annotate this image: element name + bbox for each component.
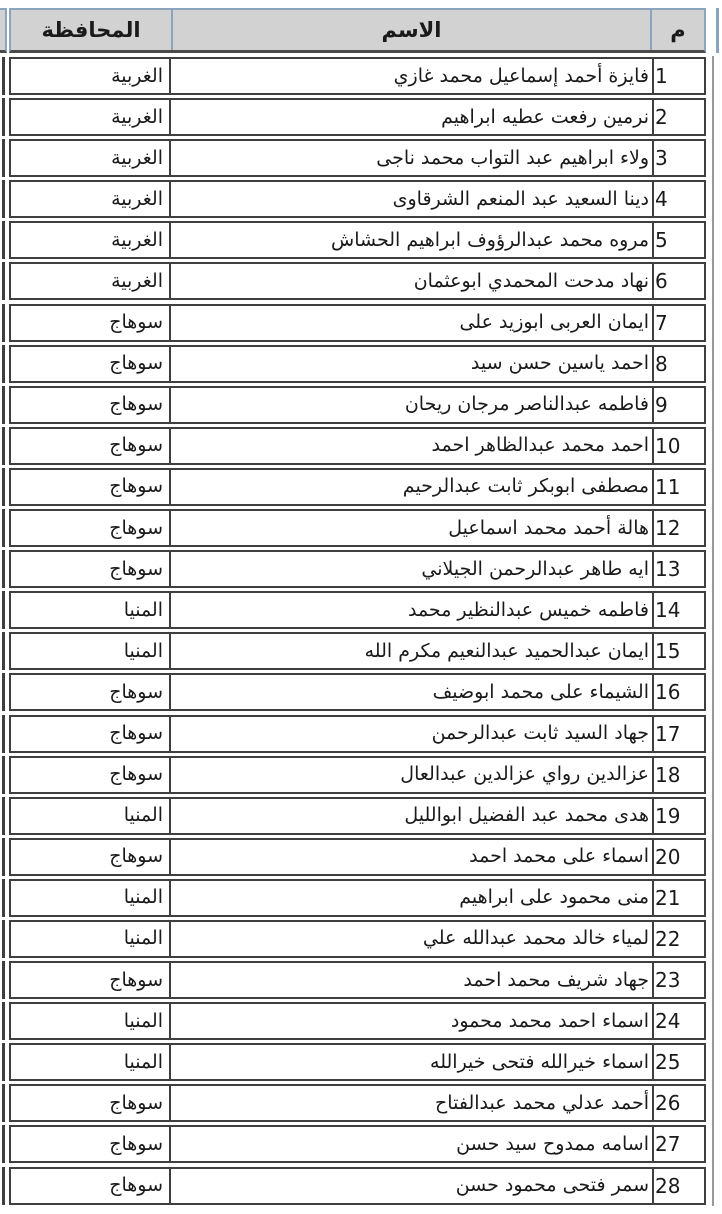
cropped-rows-edge-right — [712, 56, 714, 1206]
row-number-cell: 16 — [652, 675, 704, 709]
table-row: 3 ولاء ابراهيم عبد التواب محمد ناجى الغر… — [9, 139, 706, 177]
row-number-cell: 8 — [652, 347, 704, 381]
table-row: 5 مروه محمد عبدالرؤوف ابراهيم الحشاش الغ… — [9, 221, 706, 259]
row-name-cell: سمر فتحى محمود حسن — [169, 1169, 652, 1203]
row-number-cell: 25 — [652, 1045, 704, 1079]
row-number-cell: 13 — [652, 552, 704, 586]
row-name-cell: دينا السعيد عبد المنعم الشرقاوى — [169, 182, 652, 216]
table-row: 4 دينا السعيد عبد المنعم الشرقاوى الغربي… — [9, 180, 706, 218]
table-body: 1 فايزة أحمد إسماعيل محمد غازي الغربية 2… — [9, 57, 706, 1205]
row-name-cell: اسماء خيرالله فتحى خيرالله — [169, 1045, 652, 1079]
row-name-cell: الشيماء على محمد ابوضيف — [169, 675, 652, 709]
row-governorate-cell: سوهاج — [11, 511, 169, 545]
row-governorate-cell: المنيا — [11, 799, 169, 833]
row-governorate-cell: الغربية — [11, 59, 169, 93]
row-governorate-cell: سوهاج — [11, 840, 169, 874]
table-row: 9 فاطمه عبدالناصر مرجان ريحان سوهاج — [9, 386, 706, 424]
table-row: 23 جهاد شريف محمد احمد سوهاج — [9, 961, 706, 999]
header-cell-name: الاسم — [171, 10, 650, 50]
table-row: 2 نرمين رفعت عطيه ابراهيم الغربية — [9, 98, 706, 136]
table-row: 27 اسامه ممدوح سيد حسن سوهاج — [9, 1125, 706, 1163]
table-row: 11 مصطفى ابوبكر ثابت عبدالرحيم سوهاج — [9, 468, 706, 506]
header-cell-governorate: المحافظة — [11, 10, 171, 50]
row-number-cell: 28 — [652, 1169, 704, 1203]
table-row: 17 جهاد السيد ثابت عبدالرحمن سوهاج — [9, 715, 706, 753]
row-governorate-cell: سوهاج — [11, 306, 169, 340]
row-number-cell: 26 — [652, 1086, 704, 1120]
row-name-cell: فاطمه خميس عبدالنظير محمد — [169, 593, 652, 627]
row-governorate-cell: المنيا — [11, 1004, 169, 1038]
row-number-cell: 9 — [652, 388, 704, 422]
table-row: 22 لمياء خالد محمد عبدالله علي المنيا — [9, 920, 706, 958]
row-name-cell: فاطمه عبدالناصر مرجان ريحان — [169, 388, 652, 422]
row-number-cell: 15 — [652, 634, 704, 668]
row-governorate-cell: سوهاج — [11, 963, 169, 997]
row-governorate-cell: المنيا — [11, 922, 169, 956]
row-governorate-cell: المنيا — [11, 593, 169, 627]
row-governorate-cell: الغربية — [11, 100, 169, 134]
row-number-cell: 7 — [652, 306, 704, 340]
row-name-cell: مصطفى ابوبكر ثابت عبدالرحيم — [169, 470, 652, 504]
row-governorate-cell: سوهاج — [11, 552, 169, 586]
table-row: 21 منى محمود على ابراهيم المنيا — [9, 879, 706, 917]
cropped-header-cell-left — [0, 8, 7, 53]
row-governorate-cell: الغربية — [11, 264, 169, 298]
row-governorate-cell: سوهاج — [11, 717, 169, 751]
row-number-cell: 6 — [652, 264, 704, 298]
row-number-cell: 21 — [652, 881, 704, 915]
row-number-cell: 17 — [652, 717, 704, 751]
row-governorate-cell: سوهاج — [11, 1169, 169, 1203]
row-name-cell: ولاء ابراهيم عبد التواب محمد ناجى — [169, 141, 652, 175]
document-page: م الاسم المحافظة 1 فايزة أحمد إسماعيل مح… — [0, 0, 722, 1214]
row-number-cell: 23 — [652, 963, 704, 997]
row-governorate-cell: سوهاج — [11, 675, 169, 709]
table-row: 10 احمد محمد عبدالظاهر احمد سوهاج — [9, 427, 706, 465]
row-name-cell: اسامه ممدوح سيد حسن — [169, 1127, 652, 1161]
row-governorate-cell: المنيا — [11, 634, 169, 668]
row-number-cell: 24 — [652, 1004, 704, 1038]
row-number-cell: 3 — [652, 141, 704, 175]
row-governorate-cell: الغربية — [11, 223, 169, 257]
row-name-cell: ايمان عبدالحميد عبدالنعيم مكرم الله — [169, 634, 652, 668]
row-name-cell: أحمد عدلي محمد عبدالفتاح — [169, 1086, 652, 1120]
table-row: 16 الشيماء على محمد ابوضيف سوهاج — [9, 673, 706, 711]
row-name-cell: هالة أحمد محمد اسماعيل — [169, 511, 652, 545]
row-number-cell: 2 — [652, 100, 704, 134]
row-number-cell: 4 — [652, 182, 704, 216]
row-number-cell: 14 — [652, 593, 704, 627]
table-row: 1 فايزة أحمد إسماعيل محمد غازي الغربية — [9, 57, 706, 95]
row-name-cell: احمد محمد عبدالظاهر احمد — [169, 429, 652, 463]
row-name-cell: ايمان العربى ابوزيد على — [169, 306, 652, 340]
row-governorate-cell: المنيا — [11, 1045, 169, 1079]
row-name-cell: اسماء احمد محمد محمود — [169, 1004, 652, 1038]
row-number-cell: 11 — [652, 470, 704, 504]
row-governorate-cell: الغربية — [11, 182, 169, 216]
row-number-cell: 19 — [652, 799, 704, 833]
header-cell-number: م — [650, 10, 704, 50]
row-governorate-cell: سوهاج — [11, 758, 169, 792]
row-number-cell: 10 — [652, 429, 704, 463]
table-row: 20 اسماء على محمد احمد سوهاج — [9, 838, 706, 876]
row-number-cell: 20 — [652, 840, 704, 874]
row-governorate-cell: سوهاج — [11, 429, 169, 463]
row-name-cell: جهاد السيد ثابت عبدالرحمن — [169, 717, 652, 751]
row-name-cell: نهاد مدحت المحمدي ابوعثمان — [169, 264, 652, 298]
row-name-cell: مروه محمد عبدالرؤوف ابراهيم الحشاش — [169, 223, 652, 257]
table-row: 7 ايمان العربى ابوزيد على سوهاج — [9, 304, 706, 342]
table-row: 15 ايمان عبدالحميد عبدالنعيم مكرم الله ا… — [9, 632, 706, 670]
cropped-header-cell-right — [716, 8, 719, 53]
row-governorate-cell: الغربية — [11, 141, 169, 175]
table-row: 14 فاطمه خميس عبدالنظير محمد المنيا — [9, 591, 706, 629]
row-name-cell: احمد ياسين حسن سيد — [169, 347, 652, 381]
row-name-cell: جهاد شريف محمد احمد — [169, 963, 652, 997]
row-number-cell: 18 — [652, 758, 704, 792]
row-number-cell: 12 — [652, 511, 704, 545]
table-row: 18 عزالدين رواي عزالدين عبدالعال سوهاج — [9, 756, 706, 794]
table-row: 6 نهاد مدحت المحمدي ابوعثمان الغربية — [9, 262, 706, 300]
row-number-cell: 27 — [652, 1127, 704, 1161]
row-name-cell: فايزة أحمد إسماعيل محمد غازي — [169, 59, 652, 93]
row-governorate-cell: سوهاج — [11, 347, 169, 381]
row-number-cell: 1 — [652, 59, 704, 93]
table-row: 19 هدى محمد عبد الفضيل ابوالليل المنيا — [9, 797, 706, 835]
table-row: 24 اسماء احمد محمد محمود المنيا — [9, 1002, 706, 1040]
row-number-cell: 5 — [652, 223, 704, 257]
row-name-cell: ايه طاهر عبدالرحمن الجيلاني — [169, 552, 652, 586]
names-table: م الاسم المحافظة 1 فايزة أحمد إسماعيل مح… — [9, 8, 706, 1208]
row-governorate-cell: سوهاج — [11, 470, 169, 504]
row-name-cell: هدى محمد عبد الفضيل ابوالليل — [169, 799, 652, 833]
row-governorate-cell: المنيا — [11, 881, 169, 915]
row-name-cell: اسماء على محمد احمد — [169, 840, 652, 874]
row-name-cell: عزالدين رواي عزالدين عبدالعال — [169, 758, 652, 792]
table-row: 12 هالة أحمد محمد اسماعيل سوهاج — [9, 509, 706, 547]
row-name-cell: لمياء خالد محمد عبدالله علي — [169, 922, 652, 956]
row-number-cell: 22 — [652, 922, 704, 956]
table-row: 25 اسماء خيرالله فتحى خيرالله المنيا — [9, 1043, 706, 1081]
row-name-cell: نرمين رفعت عطيه ابراهيم — [169, 100, 652, 134]
row-governorate-cell: سوهاج — [11, 1127, 169, 1161]
row-governorate-cell: سوهاج — [11, 1086, 169, 1120]
row-governorate-cell: سوهاج — [11, 388, 169, 422]
row-name-cell: منى محمود على ابراهيم — [169, 881, 652, 915]
table-row: 8 احمد ياسين حسن سيد سوهاج — [9, 345, 706, 383]
table-row: 26 أحمد عدلي محمد عبدالفتاح سوهاج — [9, 1084, 706, 1122]
table-row: 13 ايه طاهر عبدالرحمن الجيلاني سوهاج — [9, 550, 706, 588]
table-row: 28 سمر فتحى محمود حسن سوهاج — [9, 1167, 706, 1205]
table-header-row: م الاسم المحافظة — [9, 8, 706, 53]
